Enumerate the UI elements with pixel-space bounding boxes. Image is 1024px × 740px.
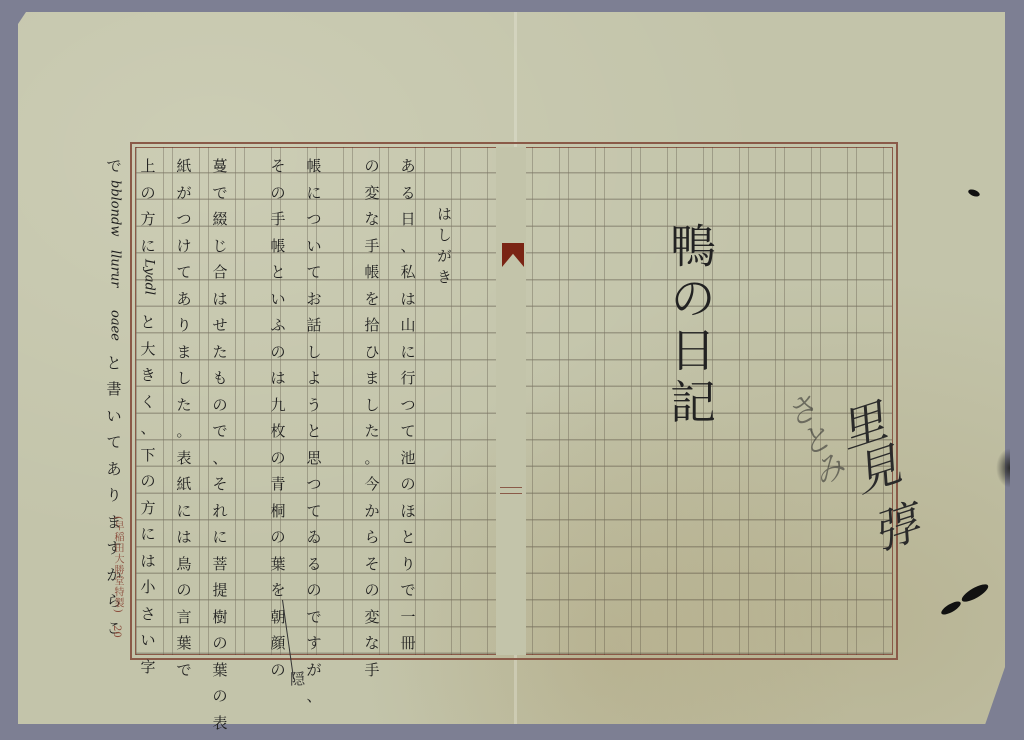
page-number: 20 xyxy=(111,625,122,638)
manuscript-char: と xyxy=(400,524,415,551)
manuscript-char: る xyxy=(400,180,415,207)
manuscript-char: 葉 xyxy=(270,551,285,578)
manuscript-char: て xyxy=(176,259,191,286)
manuscript-char: 今 xyxy=(364,471,379,498)
manuscript-char: な xyxy=(364,206,379,233)
manuscript-char: る xyxy=(306,551,321,578)
manuscript-char: お xyxy=(306,286,321,313)
manuscript-char: に xyxy=(306,180,321,207)
manuscript-char: が xyxy=(306,657,321,684)
fold-mark xyxy=(500,487,522,488)
manuscript-char: の xyxy=(306,577,321,604)
manuscript-char: て xyxy=(306,498,321,525)
text-column: 帳についてお話しようと思つてゐるのですが、 xyxy=(300,153,328,710)
manuscript-char: ふ xyxy=(270,312,285,339)
manuscript-char: ら xyxy=(364,524,379,551)
manuscript-char: 帳 xyxy=(270,233,285,260)
manuscript-char: も xyxy=(212,365,227,392)
manuscript-char: で xyxy=(400,577,415,604)
manuscript-char: い xyxy=(270,286,285,313)
manuscript-char: ま xyxy=(364,365,379,392)
manuscript-char: の xyxy=(270,339,285,366)
manuscript-char: 方 xyxy=(140,206,155,233)
manuscript-char: そ xyxy=(270,153,285,180)
manuscript-char: ほ xyxy=(400,498,415,525)
manuscript-char: 葉 xyxy=(212,657,227,684)
manuscript-char: せ xyxy=(212,312,227,339)
manuscript-char: の xyxy=(364,153,379,180)
manuscript-char: の xyxy=(270,524,285,551)
manuscript-char: 樹 xyxy=(212,604,227,631)
manuscript-char: て xyxy=(106,429,121,456)
manuscript-char: そ xyxy=(212,471,227,498)
manuscript-char: の xyxy=(400,471,415,498)
manuscript-char: 池 xyxy=(400,445,415,472)
manuscript-char: 小 xyxy=(140,574,155,601)
manuscript-char: よ xyxy=(306,365,321,392)
text-column: 上の方にLyadlと大きく、下の方には小さい字 xyxy=(134,153,162,680)
manuscript-char: に xyxy=(176,498,191,525)
manuscript-char: し xyxy=(176,365,191,392)
manuscript-char: に xyxy=(400,339,415,366)
manuscript-char: 帳 xyxy=(364,259,379,286)
manuscript-char: Lyadl xyxy=(135,259,162,309)
manuscript-char: 。 xyxy=(176,418,191,445)
manuscript-char: ま xyxy=(176,339,191,366)
manuscript-char: に xyxy=(140,233,155,260)
manuscript-char: い xyxy=(140,627,155,654)
manuscript-char: く xyxy=(140,389,155,416)
manuscript-char: llurur xyxy=(101,250,128,310)
manuscript-char: ひ xyxy=(364,339,379,366)
manuscript-char: の xyxy=(212,630,227,657)
edge-damage xyxy=(996,448,1010,488)
manuscript-char: 山 xyxy=(400,312,415,339)
manuscript-char: の xyxy=(270,445,285,472)
manuscript-char: ゐ xyxy=(306,524,321,551)
manuscript-char: 枚 xyxy=(270,418,285,445)
manuscript-char: か xyxy=(364,498,379,525)
manuscript-char: で xyxy=(106,153,121,180)
manuscript-char: 合 xyxy=(212,259,227,286)
manuscript-char: 青 xyxy=(270,471,285,498)
manuscript-char: た xyxy=(364,418,379,445)
manuscript-char: 、 xyxy=(400,233,415,260)
manuscript-char: 冊 xyxy=(400,630,415,657)
manuscript-char: 変 xyxy=(364,604,379,631)
manuscript-char: つ xyxy=(306,206,321,233)
manuscript-char: の xyxy=(140,468,155,495)
manuscript-char: さ xyxy=(140,601,155,628)
manuscript-char: け xyxy=(176,233,191,260)
manuscript-char: 字 xyxy=(140,654,155,681)
manuscript-char: て xyxy=(306,259,321,286)
text-column: 蔓で綴じ合はせたもので、それに菩提樹の葉の表 xyxy=(206,153,234,736)
manuscript-char: つ xyxy=(400,392,415,419)
center-fold-band xyxy=(496,147,526,655)
manuscript-char: は xyxy=(212,286,227,313)
manuscript-char: 話 xyxy=(306,312,321,339)
manuscript-char: 行 xyxy=(400,365,415,392)
manuscript-char: 綴 xyxy=(212,206,227,233)
manuscript-char: の xyxy=(176,577,191,604)
manuscript-char: つ xyxy=(306,471,321,498)
manuscript-char: 表 xyxy=(212,710,227,737)
manuscript-char: り xyxy=(400,551,415,578)
manuscript-char: 紙 xyxy=(176,471,191,498)
manuscript-char: の xyxy=(212,392,227,419)
manuscript-char: の xyxy=(140,180,155,207)
manuscript-char: 提 xyxy=(212,577,227,604)
manuscript-char: で xyxy=(212,418,227,445)
manuscript-char: bblondw xyxy=(101,180,128,250)
fold-mark xyxy=(500,493,522,494)
manuscript-char: 表 xyxy=(176,445,191,472)
manuscript-char: 。 xyxy=(364,445,379,472)
manuscript-char: 、 xyxy=(306,683,321,710)
manuscript-char: じ xyxy=(212,233,227,260)
manuscript-char: 下 xyxy=(140,442,155,469)
manuscript-char: 葉 xyxy=(176,630,191,657)
text-column: ある日、私は山に行つて池のほとりで一冊 xyxy=(394,153,422,657)
manuscript-char: 書 xyxy=(106,376,121,403)
manuscript-char: つ xyxy=(176,206,191,233)
manuscript-char: 手 xyxy=(364,233,379,260)
manuscript-char: 紙 xyxy=(176,153,191,180)
manuscript-char: の xyxy=(364,577,379,604)
manuscript-char: と xyxy=(306,418,321,445)
manuscript-char: 言 xyxy=(176,604,191,631)
manuscript-char: を xyxy=(270,577,285,604)
manuscript-char: を xyxy=(364,286,379,313)
manuscript-char: で xyxy=(212,180,227,207)
manuscript-char: 帳 xyxy=(306,153,321,180)
manuscript-char: 大 xyxy=(140,336,155,363)
manuscript-char: と xyxy=(270,259,285,286)
manuscript-char: 日 xyxy=(400,206,415,233)
heading-text: はしがき xyxy=(430,206,458,290)
manuscript-char: れ xyxy=(212,498,227,525)
manuscript-char: 蔓 xyxy=(212,153,227,180)
manuscript-char: 私 xyxy=(400,259,415,286)
manuscript-char: す xyxy=(306,630,321,657)
manuscript-char: 上 xyxy=(140,153,155,180)
manuscript-char: た xyxy=(176,392,191,419)
heading-column: はしがき xyxy=(430,206,458,290)
text-column: その手帳といふのは九枚の青桐の葉を朝顔の xyxy=(264,153,292,683)
manuscript-char: あ xyxy=(400,153,415,180)
manuscript-char: の xyxy=(270,657,285,684)
manuscript-char: 桐 xyxy=(270,498,285,525)
manuscript-char: と xyxy=(106,350,121,377)
manuscript-char: 菩 xyxy=(212,551,227,578)
manuscript-char: あ xyxy=(106,456,121,483)
manuscript-char: 一 xyxy=(400,604,415,631)
manuscript-char: の xyxy=(270,180,285,207)
manuscript-char: 、 xyxy=(140,415,155,442)
manuscript-char: き xyxy=(140,362,155,389)
manuscript-char: た xyxy=(212,339,227,366)
manuscript-char: し xyxy=(364,392,379,419)
manuscript-char: に xyxy=(212,524,227,551)
manuscript-char: 手 xyxy=(270,206,285,233)
manuscript-char: い xyxy=(106,403,121,430)
publisher-mark: (早稲田大勝堂特製) xyxy=(110,516,125,614)
manuscript-char: 九 xyxy=(270,392,285,419)
manuscript-char: と xyxy=(140,309,155,336)
manuscript-char: 拾 xyxy=(364,312,379,339)
manuscript-char: な xyxy=(364,630,379,657)
manuscript-char: そ xyxy=(364,551,379,578)
manuscript-char: は xyxy=(140,548,155,575)
manuscript-char: は xyxy=(176,524,191,551)
manuscript-char: 方 xyxy=(140,495,155,522)
manuscript-char: は xyxy=(400,286,415,313)
manuscript-char: 変 xyxy=(364,180,379,207)
manuscript-char: て xyxy=(400,418,415,445)
manuscript-char: 手 xyxy=(364,657,379,684)
manuscript-char: あ xyxy=(176,286,191,313)
manuscript-char: の xyxy=(212,683,227,710)
manuscript-char: り xyxy=(176,312,191,339)
manuscript-char: に xyxy=(140,521,155,548)
manuscript-char: は xyxy=(270,365,285,392)
text-column: の変な手帳を拾ひました。今からその変な手 xyxy=(358,153,386,683)
manuscript-char: 鳥 xyxy=(176,551,191,578)
manuscript-char: り xyxy=(106,482,121,509)
manuscript-char: oaee xyxy=(101,310,128,350)
margin-note: 隠 xyxy=(290,668,305,689)
manuscript-char: で xyxy=(306,604,321,631)
manuscript-char: う xyxy=(306,392,321,419)
manuscript-char: し xyxy=(306,339,321,366)
manuscript-char: 顔 xyxy=(270,630,285,657)
manuscript-char: 思 xyxy=(306,445,321,472)
manuscript-char: い xyxy=(306,233,321,260)
manuscript-char: 、 xyxy=(212,445,227,472)
manuscript-char: で xyxy=(176,657,191,684)
text-column: 紙がつけてありました。表紙には鳥の言葉で xyxy=(170,153,198,683)
manuscript-char: が xyxy=(176,180,191,207)
manuscript-title: 鴨の日記 xyxy=(640,222,720,430)
